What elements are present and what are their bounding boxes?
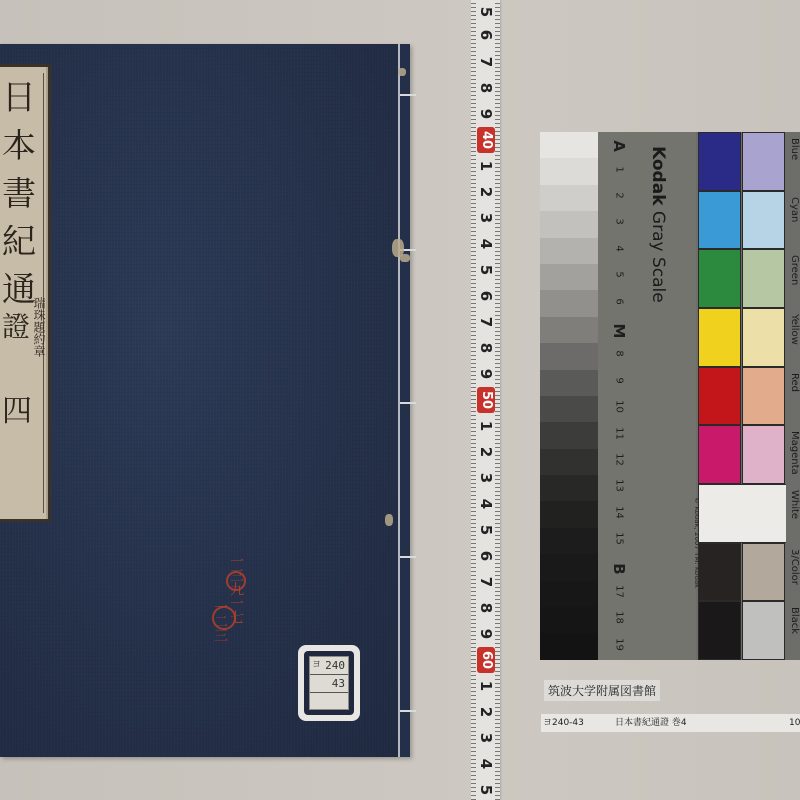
brand-name: Kodak bbox=[648, 146, 668, 206]
gray-step-label: 2 bbox=[614, 187, 625, 205]
record-id: ヨ240-43 bbox=[543, 714, 584, 732]
gray-step bbox=[540, 185, 598, 211]
gray-step-label: 1 bbox=[614, 160, 625, 178]
wear-spot bbox=[398, 68, 406, 76]
title-char: 本 bbox=[2, 129, 42, 163]
ruler-number: 8 bbox=[477, 339, 495, 357]
wear-spot bbox=[400, 254, 410, 262]
color-patch-dark bbox=[698, 132, 741, 191]
ruler-number: 6 bbox=[477, 547, 495, 565]
gray-step bbox=[540, 158, 598, 184]
ruler-number: 5 bbox=[477, 521, 495, 539]
gray-step bbox=[540, 343, 598, 369]
kodak-brand: Kodak Gray Scale bbox=[648, 146, 668, 303]
gray-step bbox=[540, 132, 598, 158]
volume-mark: 四 bbox=[2, 397, 42, 427]
gray-step bbox=[540, 581, 598, 607]
gray-step-label: 4 bbox=[614, 239, 625, 257]
ruler-number: 6 bbox=[477, 26, 495, 44]
color-patch-name: Yellow bbox=[786, 314, 800, 345]
ruler-number: 7 bbox=[477, 573, 495, 591]
color-patch-name: Black bbox=[786, 607, 800, 634]
color-patch-dark bbox=[698, 484, 786, 543]
stitch bbox=[400, 710, 416, 712]
color-patch-dark bbox=[698, 367, 741, 426]
gray-step bbox=[540, 422, 598, 448]
call-number-label: ヨ240 43 bbox=[298, 645, 360, 721]
color-patch-name: 3/Color bbox=[786, 549, 800, 585]
ruler-number: 4 bbox=[477, 235, 495, 253]
call-line-2: 43 bbox=[332, 677, 345, 690]
color-patch-dark bbox=[698, 543, 741, 602]
gray-step-label: 19 bbox=[614, 635, 625, 653]
color-patch-light bbox=[742, 425, 785, 484]
gray-step bbox=[540, 554, 598, 580]
ruler-number: 40 bbox=[477, 127, 495, 153]
spine-edge bbox=[400, 44, 410, 757]
ruler-number: 5 bbox=[477, 3, 495, 21]
record-bar: ヨ240-43 日本書紀通證 巻4 10 bbox=[541, 714, 800, 732]
gray-step-label: 6 bbox=[614, 292, 625, 310]
measuring-ruler: 5678940123456789501234567896012345 bbox=[471, 0, 500, 800]
ruler-number: 1 bbox=[477, 677, 495, 695]
ruler-number: 3 bbox=[477, 209, 495, 227]
color-patch-name: Red bbox=[786, 373, 800, 392]
call-label-paper: ヨ240 43 bbox=[309, 656, 349, 710]
gray-step bbox=[540, 607, 598, 633]
record-title: 日本書紀通證 巻4 bbox=[615, 714, 687, 732]
record-page: 10 bbox=[789, 714, 800, 732]
gray-step bbox=[540, 290, 598, 316]
gray-step bbox=[540, 633, 598, 659]
color-patch-dark bbox=[698, 249, 741, 308]
gray-step bbox=[540, 317, 598, 343]
gray-step bbox=[540, 501, 598, 527]
color-patch-light bbox=[742, 367, 785, 426]
library-label: 筑波大学附属図書館 bbox=[544, 680, 660, 701]
gray-step bbox=[540, 264, 598, 290]
ruler-number: 7 bbox=[477, 313, 495, 331]
gray-step-label: 14 bbox=[614, 503, 625, 521]
title-char: 書 bbox=[2, 177, 42, 211]
call-row bbox=[310, 693, 348, 710]
ruler-number: 2 bbox=[477, 703, 495, 721]
gray-step-label: 3 bbox=[614, 213, 625, 231]
ruler-number: 7 bbox=[477, 53, 495, 71]
binding-thread bbox=[398, 44, 400, 757]
gray-step-label: 15 bbox=[614, 530, 625, 548]
stitch bbox=[400, 94, 416, 96]
ruler-number: 1 bbox=[477, 417, 495, 435]
gray-scale-strip bbox=[540, 132, 598, 660]
gray-step-label: 11 bbox=[614, 424, 625, 442]
color-patch-name: White bbox=[786, 490, 800, 519]
color-patch-name: Cyan bbox=[786, 197, 800, 222]
wear-spot bbox=[385, 514, 393, 526]
gray-step-label: 12 bbox=[614, 451, 625, 469]
gray-step-label: 18 bbox=[614, 609, 625, 627]
ruler-number: 3 bbox=[477, 469, 495, 487]
color-patches bbox=[698, 132, 786, 660]
ruler-number: 8 bbox=[477, 79, 495, 97]
stitch bbox=[400, 402, 416, 404]
color-patch-dark bbox=[698, 191, 741, 250]
title-char: 紀 bbox=[2, 225, 42, 259]
call-label-frame: ヨ240 43 bbox=[304, 651, 354, 715]
gray-step-label: 17 bbox=[614, 583, 625, 601]
ruler-number: 6 bbox=[477, 287, 495, 305]
gray-scale-label-panel: Kodak Gray Scale © Kodak, 2007 TM: Kodak… bbox=[598, 132, 696, 660]
ruler-number: 9 bbox=[477, 365, 495, 383]
color-patch-dark bbox=[698, 308, 741, 367]
ruler-number: 4 bbox=[477, 755, 495, 773]
ruler-number: 3 bbox=[477, 729, 495, 747]
ruler-number: 5 bbox=[477, 261, 495, 279]
call-row: ヨ240 bbox=[310, 657, 348, 675]
gray-step bbox=[540, 211, 598, 237]
gray-step bbox=[540, 370, 598, 396]
call-row: 43 bbox=[310, 675, 348, 693]
seal-text: 一二三 bbox=[212, 600, 228, 642]
color-patch-name: Magenta bbox=[786, 431, 800, 475]
color-patch-name: Green bbox=[786, 255, 800, 285]
gray-step-label: 13 bbox=[614, 477, 625, 495]
kodak-color-card: Kodak Gray Scale © Kodak, 2007 TM: Kodak… bbox=[540, 132, 800, 660]
ruler-number: 4 bbox=[477, 495, 495, 513]
ruler-number: 5 bbox=[477, 781, 495, 799]
call-prefix: ヨ bbox=[310, 657, 321, 674]
gray-step-label: 5 bbox=[614, 266, 625, 284]
gray-step-label: B bbox=[610, 560, 628, 578]
color-patch-name: Blue bbox=[786, 138, 800, 160]
gray-step-label: M bbox=[610, 322, 628, 340]
gray-step-label: 9 bbox=[614, 371, 625, 389]
gray-step bbox=[540, 396, 598, 422]
ruler-number: 50 bbox=[477, 387, 495, 413]
title-slip: 日 本 書 紀 通 證 瑞珠題約章 四 bbox=[0, 64, 51, 522]
ruler-number: 1 bbox=[477, 157, 495, 175]
gray-step-label: A bbox=[610, 137, 628, 155]
color-patch-dark bbox=[698, 601, 741, 660]
ruler-number: 60 bbox=[477, 647, 495, 673]
gray-step bbox=[540, 238, 598, 264]
gray-step bbox=[540, 528, 598, 554]
gray-step bbox=[540, 449, 598, 475]
color-patch-light bbox=[742, 191, 785, 250]
ruler-number: 8 bbox=[477, 599, 495, 617]
color-patch-light bbox=[742, 601, 785, 660]
color-patch-light bbox=[742, 308, 785, 367]
color-patch-dark bbox=[698, 425, 741, 484]
gray-step bbox=[540, 475, 598, 501]
title-subtitle: 瑞珠題約章 bbox=[32, 297, 46, 357]
gray-step-label: 8 bbox=[614, 345, 625, 363]
ruler-number: 2 bbox=[477, 443, 495, 461]
product-name: Gray Scale bbox=[648, 211, 668, 303]
title-char: 日 bbox=[2, 81, 42, 115]
color-patch-light bbox=[742, 249, 785, 308]
gray-step-label: 10 bbox=[614, 398, 625, 416]
ruler-number: 9 bbox=[477, 105, 495, 123]
ruler-number: 2 bbox=[477, 183, 495, 201]
stitch bbox=[400, 556, 416, 558]
seal-text: 一三九一七 bbox=[228, 554, 244, 624]
color-patch-light bbox=[742, 132, 785, 191]
ruler-number: 9 bbox=[477, 625, 495, 643]
call-line-1: 240 bbox=[325, 659, 345, 672]
color-patch-light bbox=[742, 543, 785, 602]
